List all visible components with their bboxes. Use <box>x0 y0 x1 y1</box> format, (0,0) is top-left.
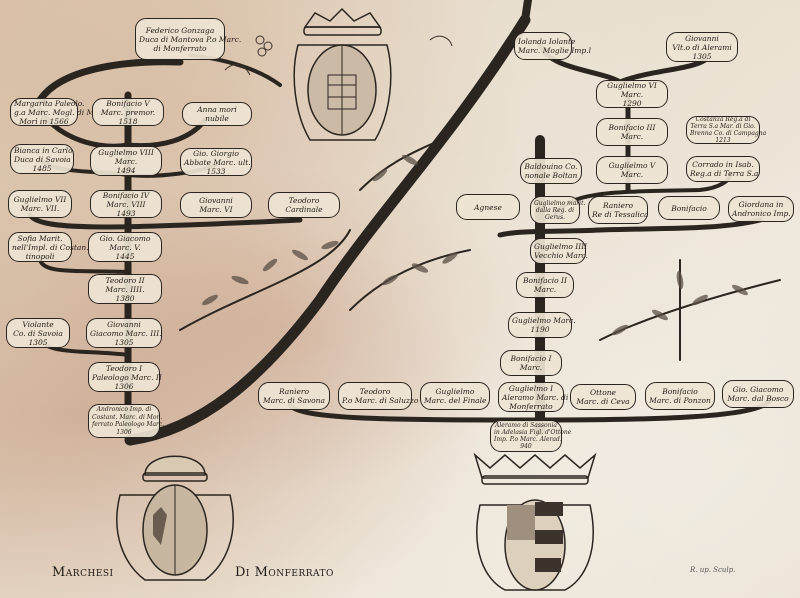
engraver-signature: R. up. Sculp. <box>690 566 735 574</box>
cartouche-guglielmo-1190: Guglielmo Marc.1190 <box>508 312 572 338</box>
cartouche-teodoro-ii: Teodoro IIMarc. IIII.1380 <box>88 274 162 304</box>
cartouche-andronico: Andronico Imp. diCostant. Marc. di Mon.f… <box>88 404 160 438</box>
cartouche-costanza: Costanza Reg.a diTerra S.a Mar. di Gio.B… <box>686 116 760 144</box>
cartouche-gio-giorgio: Gio. GiorgioAbbate Marc. ult.1533 <box>180 148 252 176</box>
cartouche-violante: ViolanteCo. di Savoia1305 <box>6 318 70 348</box>
cartouche-gio-giacomo: Gio. GiacomoMarc. V.1445 <box>88 232 162 262</box>
cartouche-aleramo-root: Aleramo di Sassoniain Adelasia Figl. d'O… <box>490 420 562 452</box>
cartouche-baldouino: Baldouino Co.nonale Boltan <box>520 158 582 184</box>
cartouche-teodoro-cardinale: TeodoroCardinale <box>268 192 340 218</box>
cartouche-giovanni-vi: GiovanniMarc. VI <box>180 192 252 218</box>
cartouche-agnese: Agnese <box>456 194 520 220</box>
cartouche-guglielmo-i-aleramo: Guglielmo IAleramo Marc. diMonferrato <box>498 382 564 412</box>
cartouche-guglielmo-vi: Guglielmo VIMarc.1290 <box>596 80 668 108</box>
cartouche-bonifacio-iv: Bonifacio IVMarc. VIII1493 <box>90 190 162 218</box>
title-marchesi: Marchesi <box>52 565 114 580</box>
cartouche-bianca: Bianca in CarloDuca di Savoia1485 <box>10 144 74 174</box>
cartouche-bonifacio-row2: Bonifacio <box>658 196 720 220</box>
cartouche-iolanda: Iolanda IolanteMarc. Moglie Imp.l <box>514 32 572 60</box>
aleramo-coat-of-arms-icon <box>470 450 600 595</box>
cartouche-bonifacio-v: Bonifacio VMarc. premor.1518 <box>92 98 164 126</box>
cartouche-raniero-savona: RanieroMarc. di Savona <box>258 382 330 410</box>
cartouche-corrado: Corrado in Isab.Reg.a di Terra S.a <box>686 156 760 182</box>
cartouche-bonifacio-iii: Bonifacio IIIMarc. <box>596 118 668 146</box>
cartouche-gio-giacomo-bosco: Gio. GiacomoMarc. dal Bosco <box>722 380 794 408</box>
title-di-monferrato: Di Monferrato <box>235 565 334 580</box>
cartouche-anna: Anna morinubile <box>182 102 252 126</box>
cartouche-federico-gonzaga: Federico GonzagaDuca di Mantova P.o Marc… <box>135 18 225 60</box>
cartouche-bonifacio-i: Bonifacio IMarc. <box>500 350 562 376</box>
paleologo-coat-of-arms-icon <box>115 445 235 585</box>
cartouche-guglielmo-iiii: Guglielmo IIIIVecchio Marc. <box>530 238 586 264</box>
cartouche-ottone-ceva: OttoneMarc. di Ceva <box>570 384 636 410</box>
gonzaga-coat-of-arms-icon <box>290 5 395 155</box>
cartouche-raniero-tessalica: RanieroRe di Tessalica <box>588 196 648 224</box>
genealogy-engraving: Federico GonzagaDuca di Mantova P.o Marc… <box>0 0 800 598</box>
cartouche-guglielmo-gerusalemme: Guglielmo marit.dalla Reg. diGerus. <box>530 196 580 224</box>
cartouche-sofia: Sofia Marit.nell'Impl. di Costan.tinopol… <box>8 232 72 262</box>
cartouche-guglielmo-v: Guglielmo VMarc. <box>596 156 668 184</box>
cartouche-teodoro-saluzzo: TeodoroP.o Marc. di Saluzzo <box>338 382 412 410</box>
cartouche-guglielmo-viii: Guglielmo VIIIMarc.1494 <box>90 146 162 176</box>
cartouche-teodoro-i: Teodoro IPaleologo Marc. II1306 <box>88 362 160 392</box>
cartouche-guglielmo-finale: GuglielmoMarc. del Finale <box>420 382 490 410</box>
cartouche-bonifacio-ponzon: BonifacioMarc. di Ponzon <box>645 382 715 410</box>
cartouche-giovanni-giacomo: Violante GiovanniGiacomo Marc. III.1305 <box>86 318 162 348</box>
cartouche-bonifacio-ii: Bonifacio IIMarc. <box>516 272 574 298</box>
cartouche-giovanni-alerami: GiovanniVlt.o di Alerami1305 <box>666 32 738 62</box>
cartouche-guglielmo-vii: Guglielmo VIIMarc. VII. <box>8 190 72 218</box>
cartouche-giordana: Giordana inAndronico Imp. <box>728 196 794 222</box>
cartouche-margarita-paleologa: Margarita Paleolo.g.a Marc. Mogl. di Man… <box>10 98 78 126</box>
